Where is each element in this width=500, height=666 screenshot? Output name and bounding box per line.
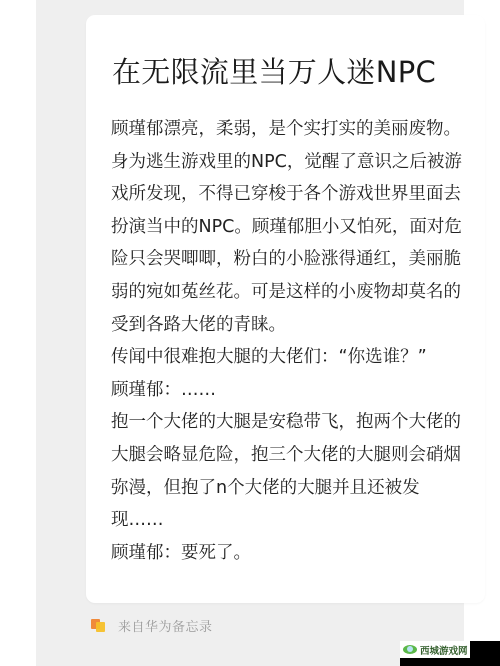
site-watermark: 西城游戏网 xyxy=(400,641,470,658)
note-paragraph: 顾瑾郁：…… xyxy=(111,374,463,407)
note-card: 在无限流里当万人迷NPC 顾瑾郁漂亮，柔弱，是个实打实的美丽废物。身为逃生游戏里… xyxy=(86,15,485,603)
note-title: 在无限流里当万人迷NPC xyxy=(112,54,436,90)
watermark-text: 西城游戏网 xyxy=(420,643,468,657)
note-paragraph: 顾瑾郁：要死了。 xyxy=(111,537,463,570)
note-share-panel: 在无限流里当万人迷NPC 顾瑾郁漂亮，柔弱，是个实打实的美丽废物。身为逃生游戏里… xyxy=(36,0,464,666)
note-paragraph: 抱一个大佬的大腿是安稳带飞，抱两个大佬的大腿会略显危险，抱三个大佬的大腿则会硝烟… xyxy=(111,406,463,536)
memo-app-icon xyxy=(90,617,106,633)
note-paragraph: 传闻中很难抱大腿的大佬们：“你选谁？” xyxy=(111,341,463,374)
note-body: 顾瑾郁漂亮，柔弱，是个实打实的美丽废物。身为逃生游戏里的NPC，觉醒了意识之后被… xyxy=(111,113,463,569)
note-paragraph: 顾瑾郁漂亮，柔弱，是个实打实的美丽废物。身为逃生游戏里的NPC，觉醒了意识之后被… xyxy=(111,113,463,341)
xicheng-logo-icon xyxy=(403,645,417,654)
note-source-label: 来自华为备忘录 xyxy=(118,616,213,635)
note-source-footer: 来自华为备忘录 xyxy=(90,614,213,636)
